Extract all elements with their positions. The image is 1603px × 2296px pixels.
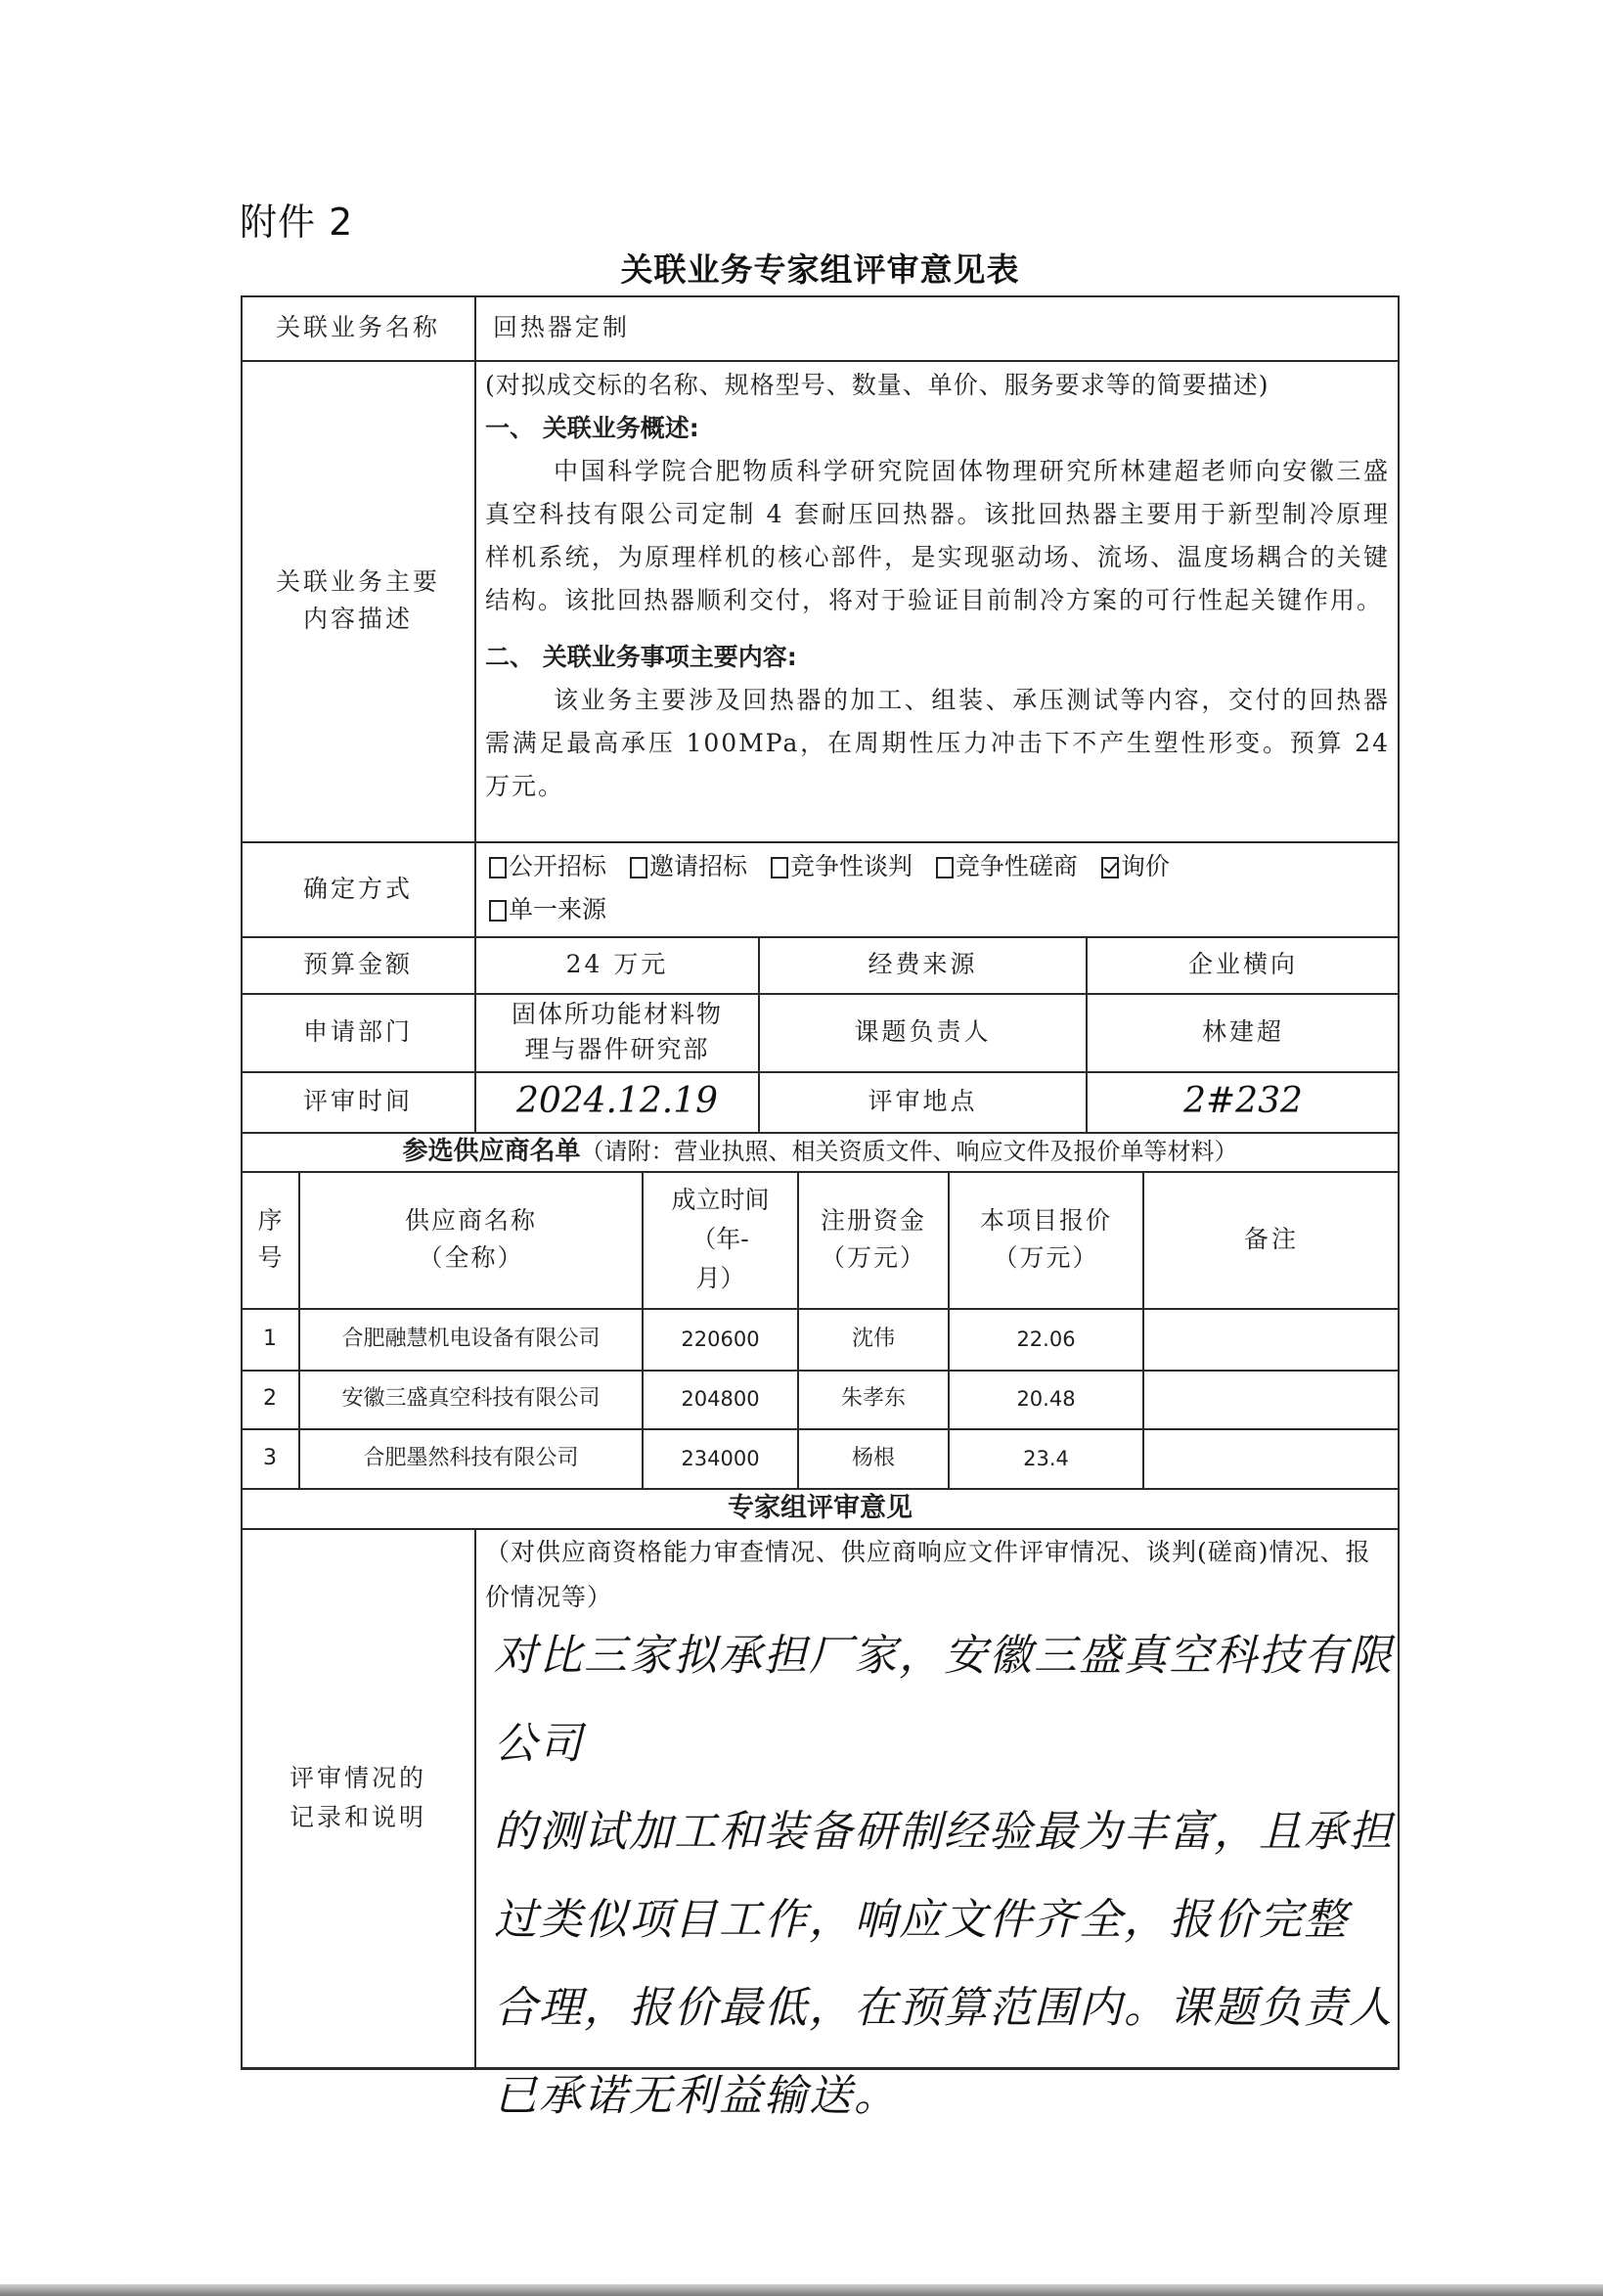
budget-label: 预算金额 bbox=[241, 936, 475, 993]
section1-heading: 一、 关联业务概述: bbox=[485, 407, 1390, 450]
row-founded: 204800 bbox=[643, 1370, 798, 1428]
content-description-label: 关联业务主要 内容描述 bbox=[241, 360, 475, 841]
header-remark: 备注 bbox=[1143, 1171, 1400, 1308]
row-remark bbox=[1143, 1428, 1400, 1488]
project-leader-label: 课题负责人 bbox=[759, 993, 1087, 1071]
handwritten-review-text: 对比三家拟承担厂家，安徽三盛真空科技有限公司 的测试加工和装备研制经验最为丰富，… bbox=[494, 1612, 1394, 2140]
document-title: 关联业务专家组评审意见表 bbox=[241, 245, 1400, 291]
row-supplier-name: 合肥墨然科技有限公司 bbox=[299, 1428, 643, 1488]
business-name-value: 回热器定制 bbox=[475, 295, 1398, 360]
header-supplier-name-line1: 供应商名称 bbox=[405, 1202, 537, 1239]
department-value-line1: 固体所功能材料物 bbox=[512, 997, 723, 1032]
header-founded-date: 成立时间 （年- 月） bbox=[643, 1171, 798, 1308]
header-index: 序 号 bbox=[241, 1171, 299, 1308]
method-option-competitive-negotiation[interactable]: 竞争性谈判 bbox=[771, 845, 913, 888]
header-quote-line2: （万元） bbox=[993, 1239, 1098, 1277]
header-index-line1: 序 bbox=[257, 1202, 282, 1239]
handwritten-line: 的测试加工和装备研制经验最为丰富，且承担 bbox=[494, 1788, 1394, 1876]
header-capital-line2: （万元） bbox=[821, 1239, 926, 1277]
checkbox-icon[interactable] bbox=[771, 857, 788, 878]
scan-edge-shadow bbox=[0, 2284, 1603, 2296]
method-option-public-tender[interactable]: 公开招标 bbox=[489, 845, 606, 888]
row-supplier-name: 安徽三盛真空科技有限公司 bbox=[299, 1370, 643, 1428]
row-founded: 220600 bbox=[643, 1308, 798, 1370]
supplier-list-title: 参选供应商名单 （请附：营业执照、相关资质文件、响应文件及报价单等材料） bbox=[241, 1132, 1400, 1171]
supplier-list-title-note: （请附：营业执照、相关资质文件、响应文件及报价单等材料） bbox=[581, 1133, 1238, 1170]
row-index: 3 bbox=[241, 1428, 299, 1488]
checkbox-icon[interactable] bbox=[630, 857, 647, 878]
row-supplier-name: 合肥融慧机电设备有限公司 bbox=[299, 1308, 643, 1370]
review-record-label-line2: 记录和说明 bbox=[289, 1798, 426, 1837]
header-supplier-name: 供应商名称 （全称） bbox=[299, 1171, 643, 1308]
content-description-label-line1: 关联业务主要 bbox=[276, 563, 440, 601]
row-capital: 沈伟 bbox=[798, 1308, 949, 1370]
review-place-label: 评审地点 bbox=[759, 1071, 1087, 1132]
content-description-instruction: (对拟成交标的名称、规格型号、数量、单价、服务要求等的简要描述) bbox=[485, 364, 1390, 407]
checkbox-icon[interactable] bbox=[936, 857, 954, 878]
handwritten-line: 过类似项目工作，响应文件齐全，报价完整 bbox=[494, 1876, 1394, 1964]
row-founded: 234000 bbox=[643, 1428, 798, 1488]
budget-value: 24 万元 bbox=[475, 936, 759, 993]
section2-heading: 二、 关联业务事项主要内容: bbox=[485, 636, 1390, 679]
determination-method-options: 公开招标 邀请招标 竞争性谈判 竞争性磋商 询价 单一来源 bbox=[489, 845, 1389, 931]
content-description-label-line2: 内容描述 bbox=[303, 601, 413, 638]
funding-source-label: 经费来源 bbox=[759, 936, 1087, 993]
expert-opinion-title: 专家组评审意见 bbox=[241, 1488, 1400, 1528]
header-index-line2: 号 bbox=[257, 1239, 282, 1277]
review-record-label: 评审情况的 记录和说明 bbox=[241, 1528, 475, 2067]
department-value-line2: 理与器件研究部 bbox=[524, 1032, 709, 1067]
checkbox-checked-icon[interactable] bbox=[1101, 857, 1119, 878]
review-time-value: 2024.12.19 bbox=[475, 1071, 759, 1132]
supplier-list-title-bold: 参选供应商名单 bbox=[402, 1133, 580, 1170]
row-index: 2 bbox=[241, 1370, 299, 1428]
header-quote-line1: 本项目报价 bbox=[980, 1202, 1112, 1239]
header-quote: 本项目报价 （万元） bbox=[949, 1171, 1143, 1308]
row-capital: 朱孝东 bbox=[798, 1370, 949, 1428]
method-option-inquiry[interactable]: 询价 bbox=[1101, 845, 1170, 888]
checkbox-icon[interactable] bbox=[489, 900, 507, 922]
handwritten-line: 已承诺无利益输送。 bbox=[494, 2052, 1394, 2140]
department-label: 申请部门 bbox=[241, 993, 475, 1071]
header-supplier-name-line2: （全称） bbox=[418, 1239, 523, 1277]
expert-opinion-title-text: 专家组评审意见 bbox=[728, 1490, 913, 1527]
section1-text: 中国科学院合肥物质科学研究院固体物理研究所林建超老师向安徽三盛真空科技有限公司定… bbox=[485, 450, 1390, 622]
content-description-body: (对拟成交标的名称、规格型号、数量、单价、服务要求等的简要描述) 一、 关联业务… bbox=[485, 364, 1390, 808]
row-quote: 23.4 bbox=[949, 1428, 1143, 1488]
method-option-single-source[interactable]: 单一来源 bbox=[489, 888, 606, 931]
row-quote: 20.48 bbox=[949, 1370, 1143, 1428]
determination-method-label: 确定方式 bbox=[241, 841, 475, 936]
project-leader-value: 林建超 bbox=[1087, 993, 1400, 1071]
review-record-label-line1: 评审情况的 bbox=[289, 1759, 426, 1798]
method-option-invited-tender[interactable]: 邀请招标 bbox=[630, 845, 747, 888]
header-registered-capital: 注册资金 （万元） bbox=[798, 1171, 949, 1308]
business-name-label: 关联业务名称 bbox=[241, 295, 475, 360]
attachment-label: 附件 2 bbox=[240, 192, 353, 246]
method-option-competitive-consultation[interactable]: 竞争性磋商 bbox=[936, 845, 1078, 888]
review-time-label: 评审时间 bbox=[241, 1071, 475, 1132]
header-founded-line1: 成立时间 bbox=[671, 1181, 769, 1220]
header-founded-line2: （年- bbox=[691, 1220, 748, 1259]
section2-text: 该业务主要涉及回热器的加工、组装、承压测试等内容，交付的回热器需满足最高承压 1… bbox=[485, 679, 1390, 808]
row-remark bbox=[1143, 1370, 1400, 1428]
funding-source-value: 企业横向 bbox=[1087, 936, 1400, 993]
checkbox-icon[interactable] bbox=[489, 857, 507, 878]
row-capital: 杨根 bbox=[798, 1428, 949, 1488]
review-place-value: 2#232 bbox=[1087, 1071, 1400, 1132]
row-index: 1 bbox=[241, 1308, 299, 1370]
row-quote: 22.06 bbox=[949, 1308, 1143, 1370]
header-capital-line1: 注册资金 bbox=[821, 1202, 926, 1239]
handwritten-line: 对比三家拟承担厂家，安徽三盛真空科技有限公司 bbox=[494, 1612, 1394, 1788]
review-instruction: （对供应商资格能力审查情况、供应商响应文件评审情况、谈判(磋商)情况、报价情况等… bbox=[485, 1530, 1390, 1620]
header-founded-line3: 月） bbox=[695, 1259, 744, 1298]
department-value: 固体所功能材料物 理与器件研究部 bbox=[475, 993, 759, 1071]
handwritten-line: 合理，报价最低，在预算范围内。课题负责人 bbox=[494, 1964, 1394, 2052]
row-remark bbox=[1143, 1308, 1400, 1370]
